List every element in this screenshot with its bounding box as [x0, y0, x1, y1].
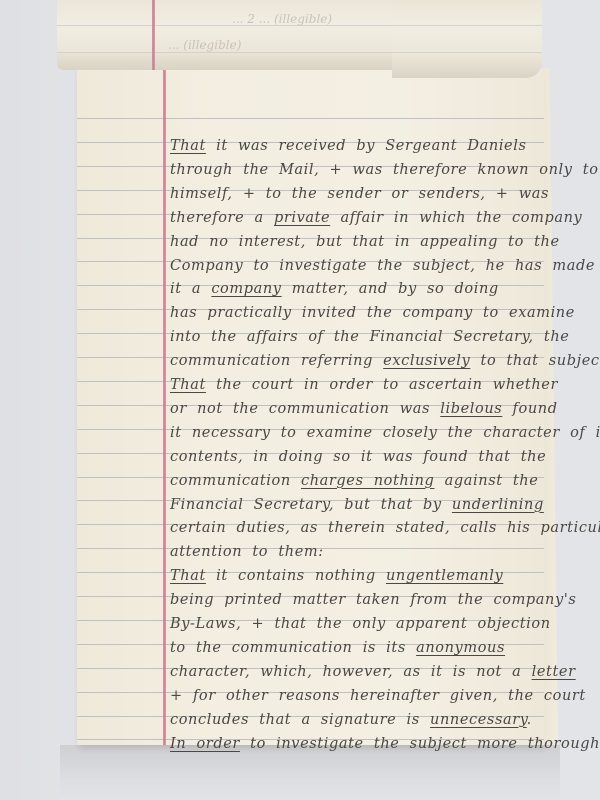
text-line: In order to investigate the subject more…: [170, 736, 600, 752]
text-segment: matter, and by so doing: [282, 281, 499, 297]
text-segment: Financial Secretary, but that by: [170, 497, 452, 513]
text-segment: found: [502, 401, 557, 417]
roll-rule: [57, 52, 542, 53]
text-line: That the court in order to ascertain whe…: [170, 377, 558, 393]
text-line: That it contains nothing ungentlemanly: [170, 568, 503, 584]
rolled-paper-top: [57, 0, 392, 70]
text-line: being printed matter taken from the comp…: [170, 592, 576, 608]
text-segment: therefore a: [170, 210, 274, 226]
text-line: + for other reasons hereinafter given, t…: [170, 688, 586, 704]
text-line: attention to them:: [170, 544, 324, 560]
underlined-word: That: [170, 377, 206, 393]
text-line: By-Laws, + that the only apparent object…: [170, 616, 551, 632]
underlined-word: underlining: [452, 497, 544, 513]
text-segment: to the communication is its: [170, 640, 416, 656]
text-segment: through the Mail, + was therefore known …: [170, 162, 599, 178]
margin-line-roll: [152, 0, 155, 70]
text-line: it necessary to examine closely the char…: [170, 425, 600, 441]
underlined-word: letter: [532, 664, 576, 680]
text-line: communication charges nothing against th…: [170, 473, 538, 489]
rolled-paper-top-right: [392, 0, 542, 78]
text-line: Company to investigate the subject, he h…: [170, 258, 595, 274]
margin-line: [163, 70, 166, 745]
text-segment: it a: [170, 281, 211, 297]
text-segment: the court in order to ascertain whether: [206, 377, 558, 393]
text-segment: had no interest, but that in appealing t…: [170, 234, 560, 250]
text-segment: into the affairs of the Financial Secret…: [170, 329, 569, 345]
text-segment: it was received by Sergeant Daniels: [206, 138, 527, 154]
text-segment: communication referring: [170, 353, 383, 369]
text-line: therefore a private affair in which the …: [170, 210, 582, 226]
underlined-word: That: [170, 138, 206, 154]
text-line: through the Mail, + was therefore known …: [170, 162, 599, 178]
text-line: had no interest, but that in appealing t…: [170, 234, 560, 250]
underlined-word: In order: [170, 736, 240, 752]
text-segment: concludes that a signature is: [170, 712, 430, 728]
rule-line: [77, 118, 544, 119]
table-shadow: [60, 745, 560, 800]
text-line: character, which, however, as it is not …: [170, 664, 576, 680]
text-segment: contents, in doing so it was found that …: [170, 449, 546, 465]
text-line: Financial Secretary, but that by underli…: [170, 497, 544, 513]
underlined-word: anonymous: [416, 640, 505, 656]
text-line: That it was received by Sergeant Daniels: [170, 138, 527, 154]
text-line: to the communication is its anonymous: [170, 640, 505, 656]
text-segment: Company to investigate the subject, he h…: [170, 258, 595, 274]
text-segment: himself, + to the sender or senders, + w…: [170, 186, 549, 202]
text-line: it a company matter, and by so doing: [170, 281, 499, 297]
text-line: or not the communication was libelous fo…: [170, 401, 558, 417]
underlined-word: ungentlemanly: [386, 568, 503, 584]
underlined-word: company: [211, 281, 281, 297]
text-line: himself, + to the sender or senders, + w…: [170, 186, 549, 202]
text-segment: to that subject;: [470, 353, 600, 369]
text-segment: has practically invited the company to e…: [170, 305, 575, 321]
text-segment: certain duties, as therein stated, calls…: [170, 520, 600, 536]
show-through-text: ... 2 ... (illegible): [232, 12, 332, 26]
text-segment: + for other reasons hereinafter given, t…: [170, 688, 586, 704]
text-segment: against the: [434, 473, 538, 489]
text-segment: attention to them:: [170, 544, 324, 560]
underlined-word: libelous: [440, 401, 502, 417]
text-segment: being printed matter taken from the comp…: [170, 592, 576, 608]
show-through-text: ... (illegible): [168, 38, 241, 52]
text-line: certain duties, as therein stated, calls…: [170, 520, 600, 536]
text-line: has practically invited the company to e…: [170, 305, 575, 321]
underlined-word: That: [170, 568, 206, 584]
text-segment: or not the communication was: [170, 401, 440, 417]
text-segment: By-Laws, + that the only apparent object…: [170, 616, 551, 632]
underlined-word: private: [274, 210, 330, 226]
text-line: communication referring exclusively to t…: [170, 353, 600, 369]
text-line: contents, in doing so it was found that …: [170, 449, 546, 465]
text-line: into the affairs of the Financial Secret…: [170, 329, 569, 345]
text-segment: affair in which the company: [330, 210, 582, 226]
text-segment: to investigate the subject more thorough…: [240, 736, 600, 752]
text-segment: character, which, however, as it is not …: [170, 664, 532, 680]
underlined-word: exclusively: [383, 353, 470, 369]
text-segment: it necessary to examine closely the char…: [170, 425, 600, 441]
underlined-word: unnecessary: [430, 712, 527, 728]
text-line: concludes that a signature is unnecessar…: [170, 712, 532, 728]
text-segment: it contains nothing: [206, 568, 386, 584]
text-segment: communication: [170, 473, 301, 489]
text-segment: .: [527, 712, 532, 728]
underlined-word: charges nothing: [301, 473, 434, 489]
